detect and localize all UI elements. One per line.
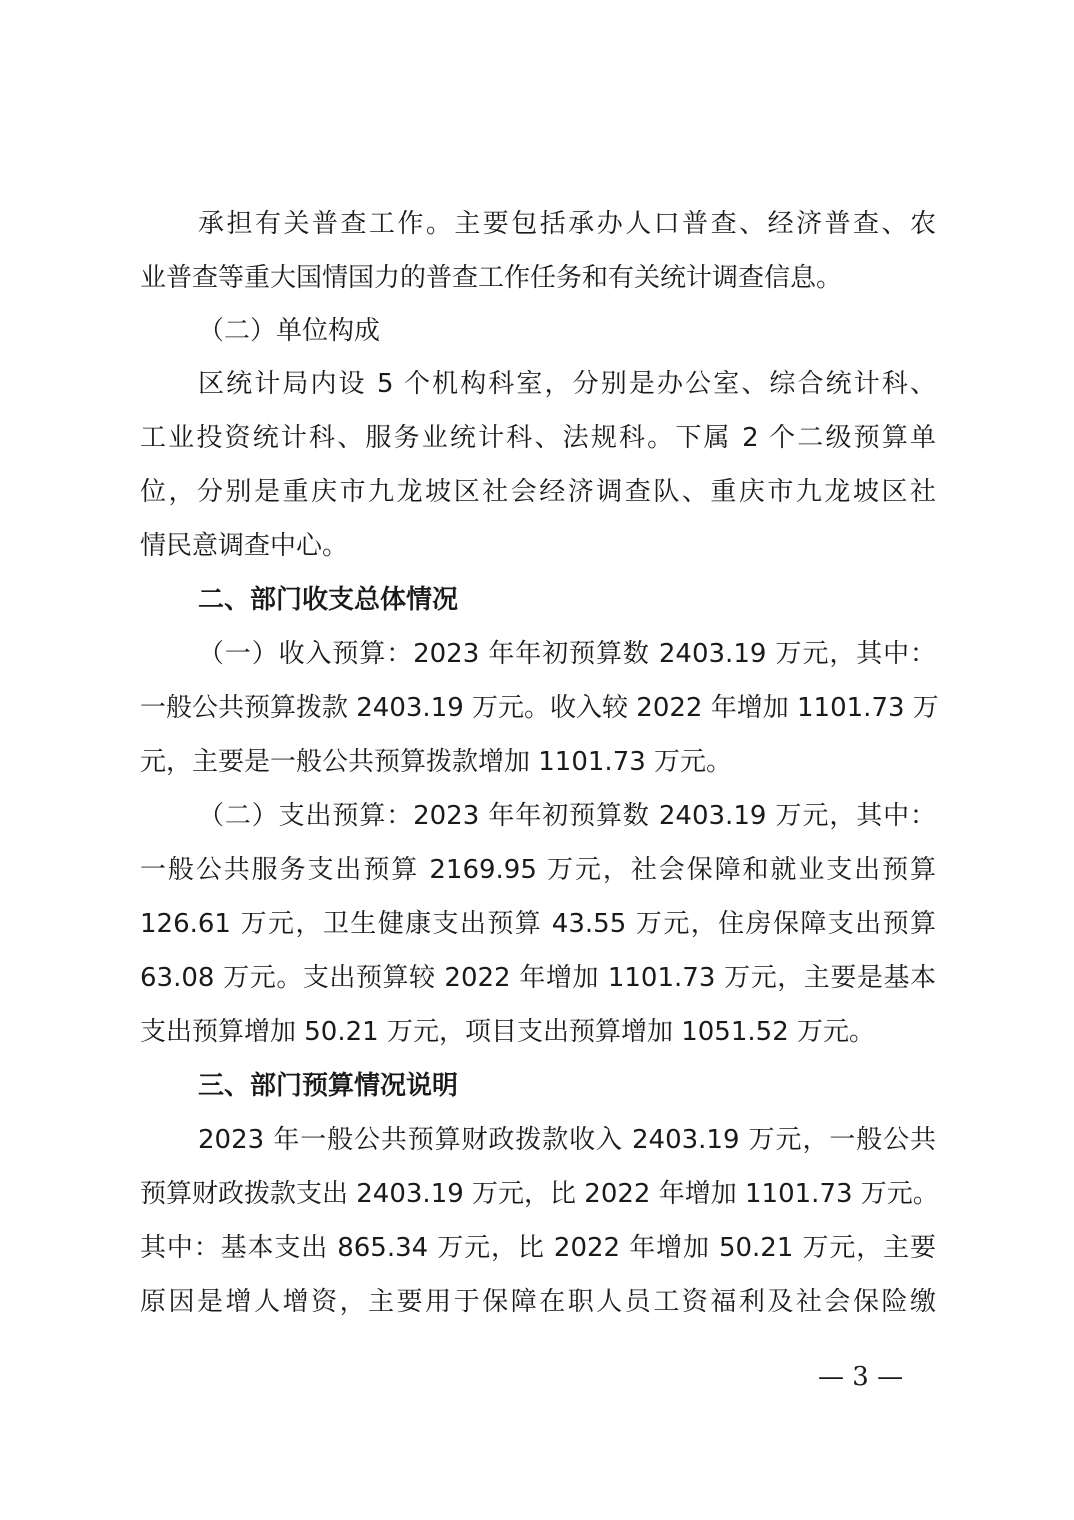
page-number: — 3 — xyxy=(818,1362,903,1392)
paragraph-line: 预算财政拨款支出 2403.19 万元，比 2022 年增加 1101.73 万… xyxy=(140,1174,936,1214)
paragraph-line: 63.08 万元。支出预算较 2022 年增加 1101.73 万元，主要是基本 xyxy=(140,958,936,998)
paragraph-line: 区统计局内设 5 个机构科室，分别是办公室、综合统计科、 xyxy=(198,364,936,404)
document-page: 承担有关普查工作。主要包括承办人口普查、经济普查、农 业普查等重大国情国力的普查… xyxy=(0,0,1074,1520)
paragraph-line: 元，主要是一般公共预算拨款增加 1101.73 万元。 xyxy=(140,742,936,782)
paragraph-line: 承担有关普查工作。主要包括承办人口普查、经济普查、农 xyxy=(198,204,936,244)
paragraph-line: 支出预算增加 50.21 万元，项目支出预算增加 1051.52 万元。 xyxy=(140,1012,936,1052)
paragraph-line: 2023 年一般公共预算财政拨款收入 2403.19 万元，一般公共 xyxy=(198,1120,936,1160)
section-heading: 二、部门收支总体情况 xyxy=(198,580,936,620)
paragraph-line: 其中：基本支出 865.34 万元，比 2022 年增加 50.21 万元，主要 xyxy=(140,1228,936,1268)
paragraph-line: 工业投资统计科、服务业统计科、法规科。下属 2 个二级预算单 xyxy=(140,418,936,458)
subsection-heading: （二）单位构成 xyxy=(198,311,936,351)
section-heading: 三、部门预算情况说明 xyxy=(198,1066,936,1106)
paragraph-line: 位，分别是重庆市九龙坡区社会经济调查队、重庆市九龙坡区社 xyxy=(140,472,936,512)
paragraph-line: 业普查等重大国情国力的普查工作任务和有关统计调查信息。 xyxy=(140,258,936,298)
paragraph-line: （二）支出预算：2023 年年初预算数 2403.19 万元，其中： xyxy=(198,796,936,836)
paragraph-line: 情民意调查中心。 xyxy=(140,526,936,566)
paragraph-line: 一般公共预算拨款 2403.19 万元。收入较 2022 年增加 1101.73… xyxy=(140,688,936,728)
paragraph-line: 一般公共服务支出预算 2169.95 万元，社会保障和就业支出预算 xyxy=(140,850,936,890)
paragraph-line: （一）收入预算：2023 年年初预算数 2403.19 万元，其中： xyxy=(198,634,936,674)
paragraph-line: 原因是增人增资，主要用于保障在职人员工资福利及社会保险缴 xyxy=(140,1282,936,1322)
paragraph-line: 126.61 万元，卫生健康支出预算 43.55 万元，住房保障支出预算 xyxy=(140,904,936,944)
